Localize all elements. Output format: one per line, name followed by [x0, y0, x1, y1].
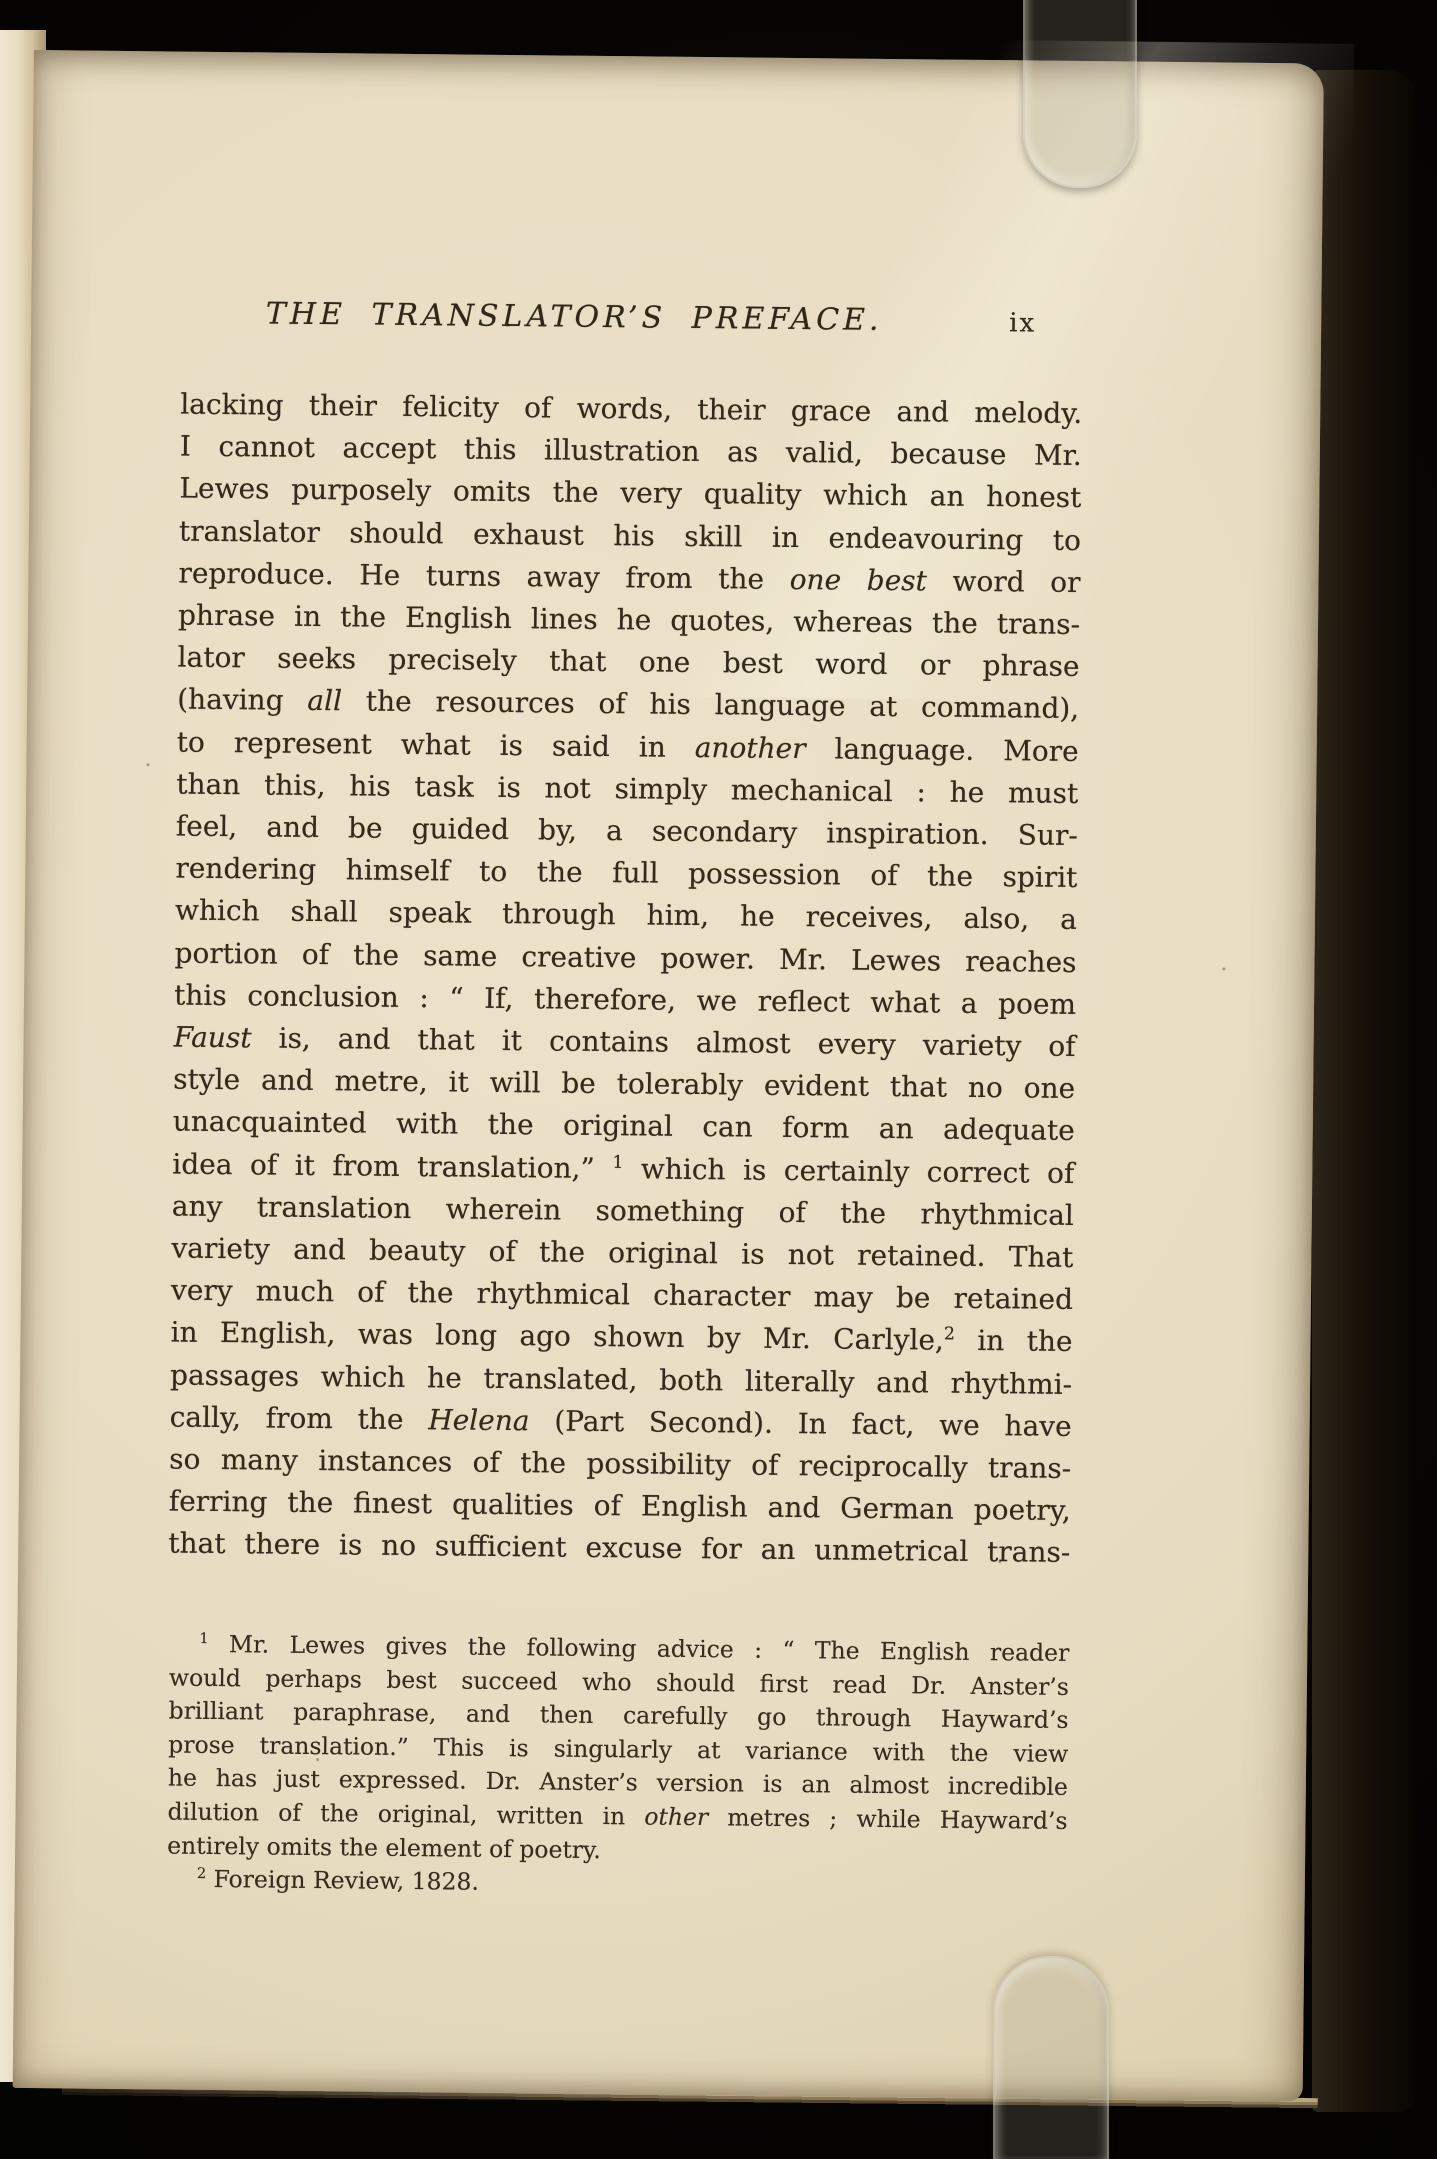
text-run: metres ; while Hayward’s [708, 1803, 1068, 1835]
cradle-clip-top [1023, 0, 1137, 188]
text-run: the resources of his language at command… [342, 685, 1080, 726]
text-run: Foreign Review, 1828. [206, 1865, 479, 1896]
text-run: all [307, 684, 342, 717]
text-run: very much of the rhythmical character ma… [171, 1274, 1073, 1316]
text-run: to represent what is said in [177, 725, 695, 763]
text-run: Lewes purposely omits the very quality w… [179, 472, 1081, 514]
running-header: THE TRANSLATOR’S PREFACE. [181, 296, 1083, 340]
text-run: cally, from the [170, 1400, 429, 1436]
text-run: Mr. Lewes gives the following advice : “… [208, 1630, 1069, 1667]
text-run: word or [927, 564, 1081, 599]
text-run: translator should exhaust his skill in e… [179, 514, 1081, 556]
running-header-title: THE TRANSLATOR’S PREFACE. [266, 296, 883, 337]
text-run: reproduce. He turns away from the [178, 556, 789, 595]
text-run: rendering himself to the full possession… [175, 852, 1077, 894]
text-run: language. More [805, 732, 1078, 768]
text-run: Helena [428, 1403, 530, 1437]
text-run: (Part Second). In fact, we have [529, 1404, 1071, 1443]
scanned-book-photo: THE TRANSLATOR’S PREFACE. ix lacking the… [0, 0, 1437, 2159]
text-run: unacquainted with the original can form … [173, 1105, 1075, 1147]
text-run: this conclusion : “ If, therefore, we re… [174, 978, 1076, 1020]
text-run: another [695, 731, 806, 765]
text-run: prose translation.” This is singularly a… [168, 1730, 1068, 1767]
text-run: (having [177, 683, 308, 717]
text-run: lator seeks precisely that one best word… [177, 641, 1079, 683]
text-run: which is certainly correct of [623, 1152, 1074, 1190]
text-run: so many instances of the possibility of … [169, 1443, 1071, 1485]
text-run: style and metre, it will be tolerably ev… [173, 1063, 1075, 1105]
text-run: ferring the finest qualities of English … [169, 1485, 1071, 1527]
text-run: which shall speak through him, he receiv… [175, 894, 1077, 936]
text-run: entirely omits the element of poetry. [167, 1831, 601, 1864]
text-run: one best [789, 563, 927, 597]
text-line: that there is no sufficient excuse for a… [168, 1523, 1070, 1575]
text-run: dilution of the original, written in [167, 1797, 644, 1830]
text-run: lacking their felicity of words, their g… [180, 388, 1082, 430]
text-run: variety and beauty of the original is no… [171, 1232, 1073, 1274]
book-cover-edge [1312, 70, 1416, 2112]
text-run: feel, and be guided by, a secondary insp… [176, 810, 1078, 852]
text-run: any translation wherein something of the… [172, 1189, 1074, 1231]
text-run: that there is no sufficient excuse for a… [168, 1527, 1070, 1569]
text-run: he has just expressed. Dr. Anster’s vers… [168, 1764, 1068, 1801]
text-run: brilliant paraphrase, and then carefully… [168, 1697, 1068, 1734]
cradle-clip-bottom [993, 1956, 1109, 2159]
text-run: other [644, 1802, 708, 1831]
text-run: Faust [173, 1021, 251, 1055]
book-page: THE TRANSLATOR’S PREFACE. ix lacking the… [13, 50, 1324, 2101]
text-run: portion of the same creative power. Mr. … [174, 936, 1076, 978]
paper-speck [147, 763, 150, 766]
text-run: I cannot accept this illustration as val… [180, 430, 1082, 472]
footnote-marker: 2 [944, 1325, 955, 1345]
page-number: ix [1009, 308, 1036, 338]
body-text: lacking their felicity of words, their g… [168, 384, 1082, 1575]
text-run: would perhaps best succeed who should fi… [169, 1663, 1069, 1700]
text-run: in English, was long ago shown by Mr. Ca… [170, 1316, 944, 1357]
footnote-marker: 1 [199, 1630, 208, 1647]
text-run: idea of it from translation,” [172, 1147, 612, 1185]
text-run: is, and that it contains almost every va… [251, 1021, 1075, 1063]
footnotes: 1 Mr. Lewes gives the following advice :… [167, 1628, 1070, 1906]
text-run: in the [955, 1324, 1073, 1358]
paper-speck [1222, 967, 1225, 970]
text-run: than this, his task is not simply mechan… [176, 767, 1078, 809]
text-run: phrase in the English lines he quotes, w… [178, 599, 1080, 641]
text-run: passages which he translated, both liter… [170, 1358, 1072, 1400]
footnote-marker: 1 [612, 1152, 623, 1172]
